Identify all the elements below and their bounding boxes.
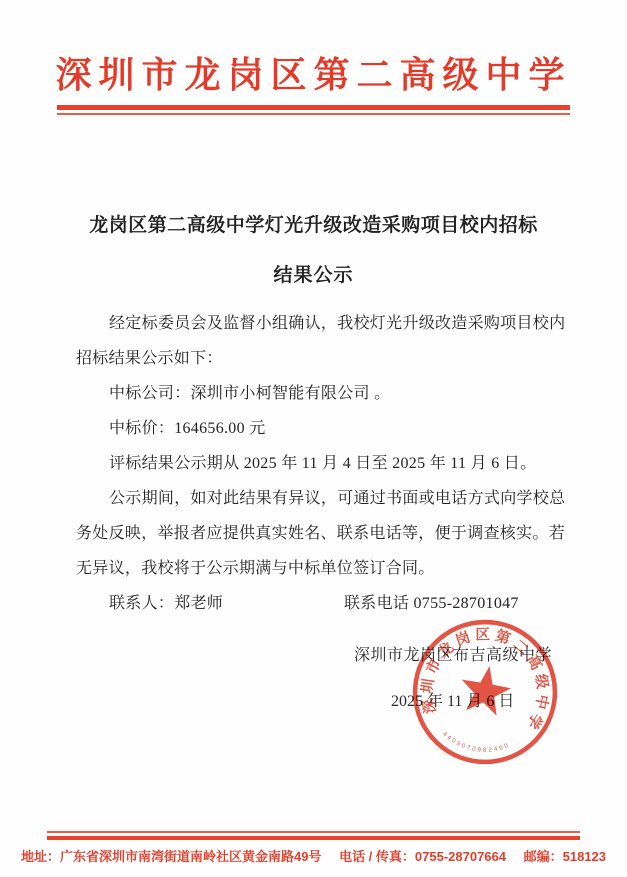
footer-postal-code: 邮编：518123 (524, 849, 606, 864)
document-title-line2: 结果公示 (0, 260, 627, 287)
footer-rule-thin (47, 831, 580, 833)
body-line-winning-company: 中标公司：深圳市小柯智能有限公司 。 (76, 376, 558, 411)
footer-rule-thick (47, 836, 580, 840)
letterhead-rule-thin (57, 113, 570, 115)
letterhead-rule-thick (57, 105, 570, 110)
body-line: 招标结果公示如下： (76, 341, 558, 376)
footer-info: 地址：广东省深圳市南湾街道南岭社区黄金南路49号 电话 / 传真：0755-28… (0, 846, 627, 865)
body-line: 务处反映，举报者应提供真实姓名、联系电话等，便于调查核实。若 (76, 516, 558, 551)
document-page: 深圳市龙岗区第二高级中学 龙岗区第二高级中学灯光升级改造采购项目校内招标 结果公… (0, 0, 627, 877)
body-line: 无异议，我校将于公示期满与中标单位签订合同。 (76, 551, 558, 586)
contact-person: 联系人：郑老师 (76, 586, 223, 621)
body-line-publicity-period: 评标结果公示期从 2025 年 11 月 4 日至 2025 年 11 月 6 … (76, 446, 558, 481)
seal-star-icon (457, 662, 515, 718)
document-body: 经定标委员会及监督小组确认，我校灯光升级改造采购项目校内 招标结果公示如下： 中… (76, 306, 558, 621)
body-line: 公示期间，如对此结果有异议，可通过书面或电话方式向学校总 (76, 481, 558, 516)
body-line-winning-price: 中标价：164656.00 元 (76, 411, 558, 446)
official-seal-stamp: 深圳市龙岗区第二高级中学 4403070982400 (409, 616, 561, 768)
document-title-line1: 龙岗区第二高级中学灯光升级改造采购项目校内招标 (0, 210, 627, 237)
letterhead-school-name: 深圳市龙岗区第二高级中学 (0, 47, 627, 98)
body-line: 经定标委员会及监督小组确认，我校灯光升级改造采购项目校内 (76, 306, 558, 341)
footer-phone-fax: 电话 / 传真：0755-28707664 (339, 849, 506, 864)
footer-address: 地址：广东省深圳市南湾街道南岭社区黄金南路49号 (21, 849, 321, 864)
